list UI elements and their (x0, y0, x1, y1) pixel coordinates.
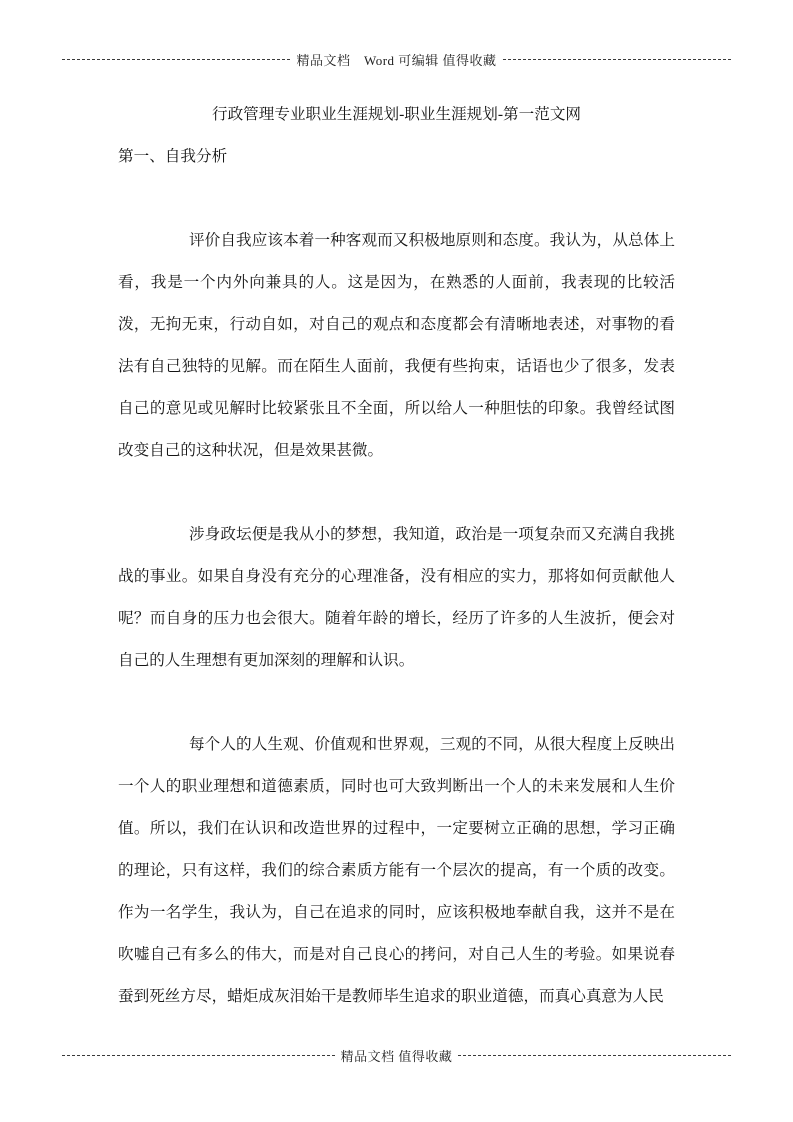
section-heading: 第一、自我分析 (118, 136, 675, 178)
document-page: 精品文档 Word 可编辑 值得收藏 行政管理专业职业生涯规划-职业生涯规划-第… (0, 0, 793, 1122)
header-label: 精品文档 Word 可编辑 值得收藏 (290, 50, 502, 69)
page-footer: 精品文档 值得收藏 (62, 1046, 731, 1065)
header-dash-line-left (62, 59, 290, 60)
footer-dash-line-left (62, 1055, 335, 1056)
paragraph-self-evaluation: 评价自我应该本着一种客观而又积极地原则和态度。我认为，从总体上看，我是一个内外向… (118, 220, 675, 472)
document-body: 行政管理专业职业生涯规划-职业生涯规划-第一范文网 第一、自我分析 评价自我应该… (118, 94, 675, 1018)
page-header: 精品文档 Word 可编辑 值得收藏 (62, 50, 731, 69)
footer-dash-line-right (458, 1055, 731, 1056)
paragraph-political-dream: 涉身政坛便是我从小的梦想，我知道，政治是一项复杂而又充满自我挑战的事业。如果自身… (118, 514, 675, 682)
footer-label: 精品文档 值得收藏 (335, 1046, 459, 1065)
header-dash-line-right (503, 59, 731, 60)
document-title: 行政管理专业职业生涯规划-职业生涯规划-第一范文网 (118, 94, 675, 136)
paragraph-three-views: 每个人的人生观、价值观和世界观，三观的不同，从很大程度上反映出一个人的职业理想和… (118, 724, 675, 1018)
